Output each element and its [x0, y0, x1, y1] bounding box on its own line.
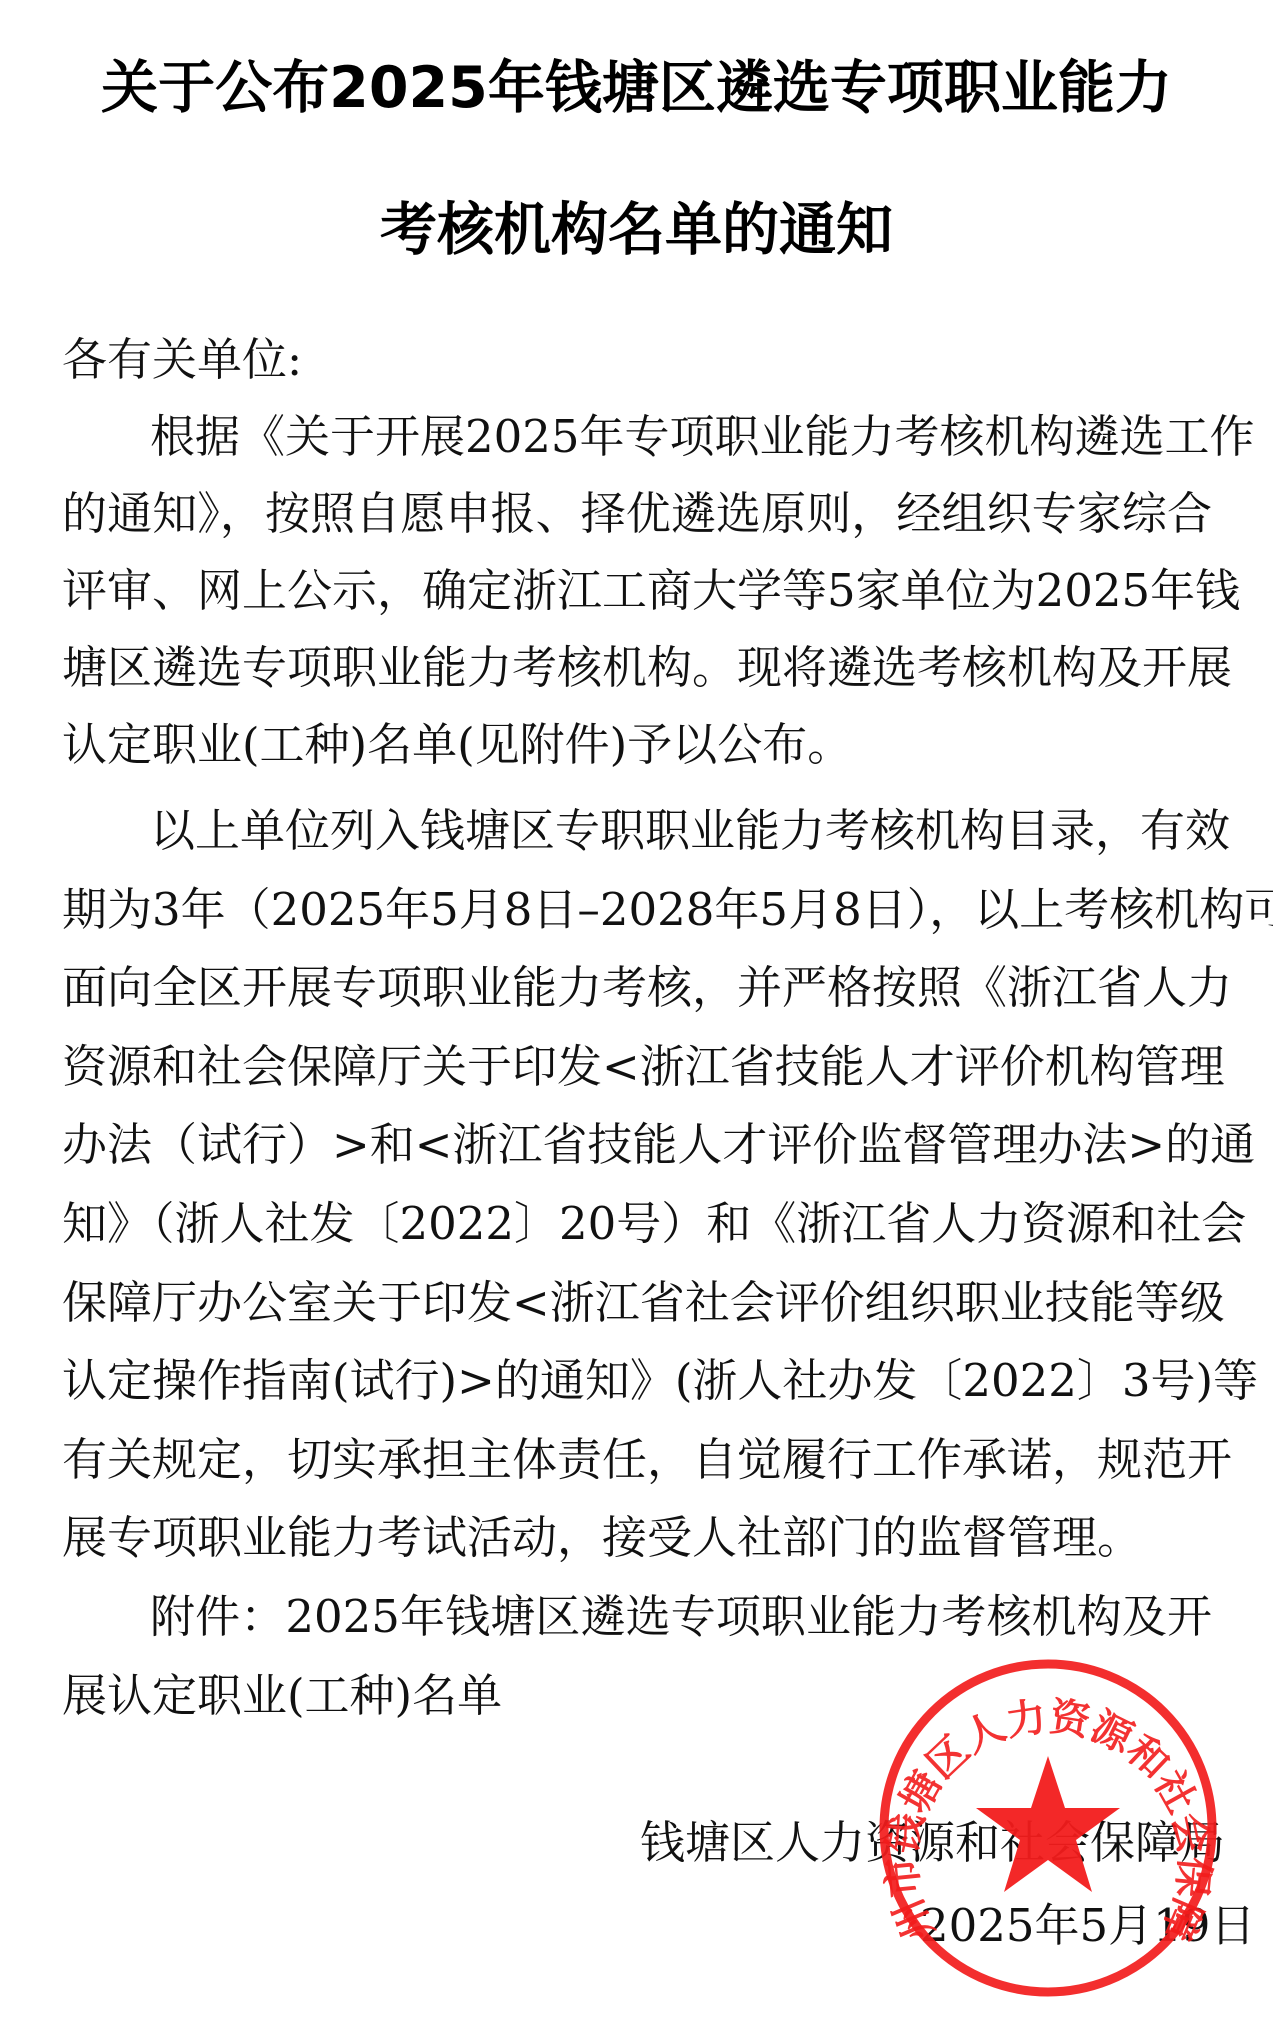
paragraph-2-line-7: 保障厅办公室关于印发<浙江省社会评价组织职业技能等级 — [62, 1275, 1212, 1331]
paragraph-2-line-4: 资源和社会保障厅关于印发<浙江省技能人才评价机构管理 — [62, 1039, 1212, 1095]
document-title-line-1: 关于公布2025年钱塘区遴选专项职业能力 — [0, 42, 1273, 124]
document-page: 关于公布2025年钱塘区遴选专项职业能力 考核机构名单的通知 各有关单位: 根据… — [0, 0, 1273, 2038]
paragraph-2-line-10: 展专项职业能力考试活动，接受人社部门的监督管理。 — [62, 1510, 1212, 1566]
paragraph-2-line-9: 有关规定，切实承担主体责任，自觉履行工作承诺，规范开 — [62, 1432, 1212, 1488]
paragraph-2-line-3: 面向全区开展专项职业能力考核，并严格按照《浙江省人力 — [62, 960, 1212, 1016]
salutation: 各有关单位: — [62, 332, 1212, 388]
paragraph-1-line-3: 评审、网上公示，确定浙江工商大学等5家单位为2025年钱 — [62, 563, 1212, 619]
paragraph-2-line-8: 认定操作指南(试行)>的通知》(浙人社办发〔2022〕3号)等 — [62, 1353, 1212, 1409]
paragraph-2-line-1: 以上单位列入钱塘区专职职业能力考核机构目录，有效 — [150, 803, 1212, 859]
paragraph-1-line-1: 根据《关于开展2025年专项职业能力考核机构遴选工作 — [150, 409, 1212, 465]
signature-date: 2025年5月19日 — [920, 1898, 1255, 1954]
paragraph-1-line-5: 认定职业(工种)名单(见附件)予以公布。 — [62, 717, 1212, 773]
document-title-line-2: 考核机构名单的通知 — [0, 184, 1273, 266]
paragraph-2-line-5: 办法（试行）>和<浙江省技能人才评价监督管理办法>的通 — [62, 1117, 1212, 1173]
signature-organization: 钱塘区人力资源和社会保障局 — [640, 1815, 1225, 1871]
paragraph-1-line-4: 塘区遴选专项职业能力考核机构。现将遴选考核机构及开展 — [62, 640, 1212, 696]
attachment-line-1: 附件：2025年钱塘区遴选专项职业能力考核机构及开 — [150, 1589, 1212, 1645]
paragraph-2-line-2: 期为3年（2025年5月8日–2028年5月8日），以上考核机构可 — [62, 882, 1212, 938]
paragraph-1-line-2: 的通知》，按照自愿申报、择优遴选原则，经组织专家综合 — [62, 486, 1212, 542]
attachment-line-2: 展认定职业(工种)名单 — [62, 1668, 1212, 1724]
paragraph-2-line-6: 知》（浙人社发〔2022〕20号）和《浙江省人力资源和社会 — [62, 1196, 1212, 1252]
